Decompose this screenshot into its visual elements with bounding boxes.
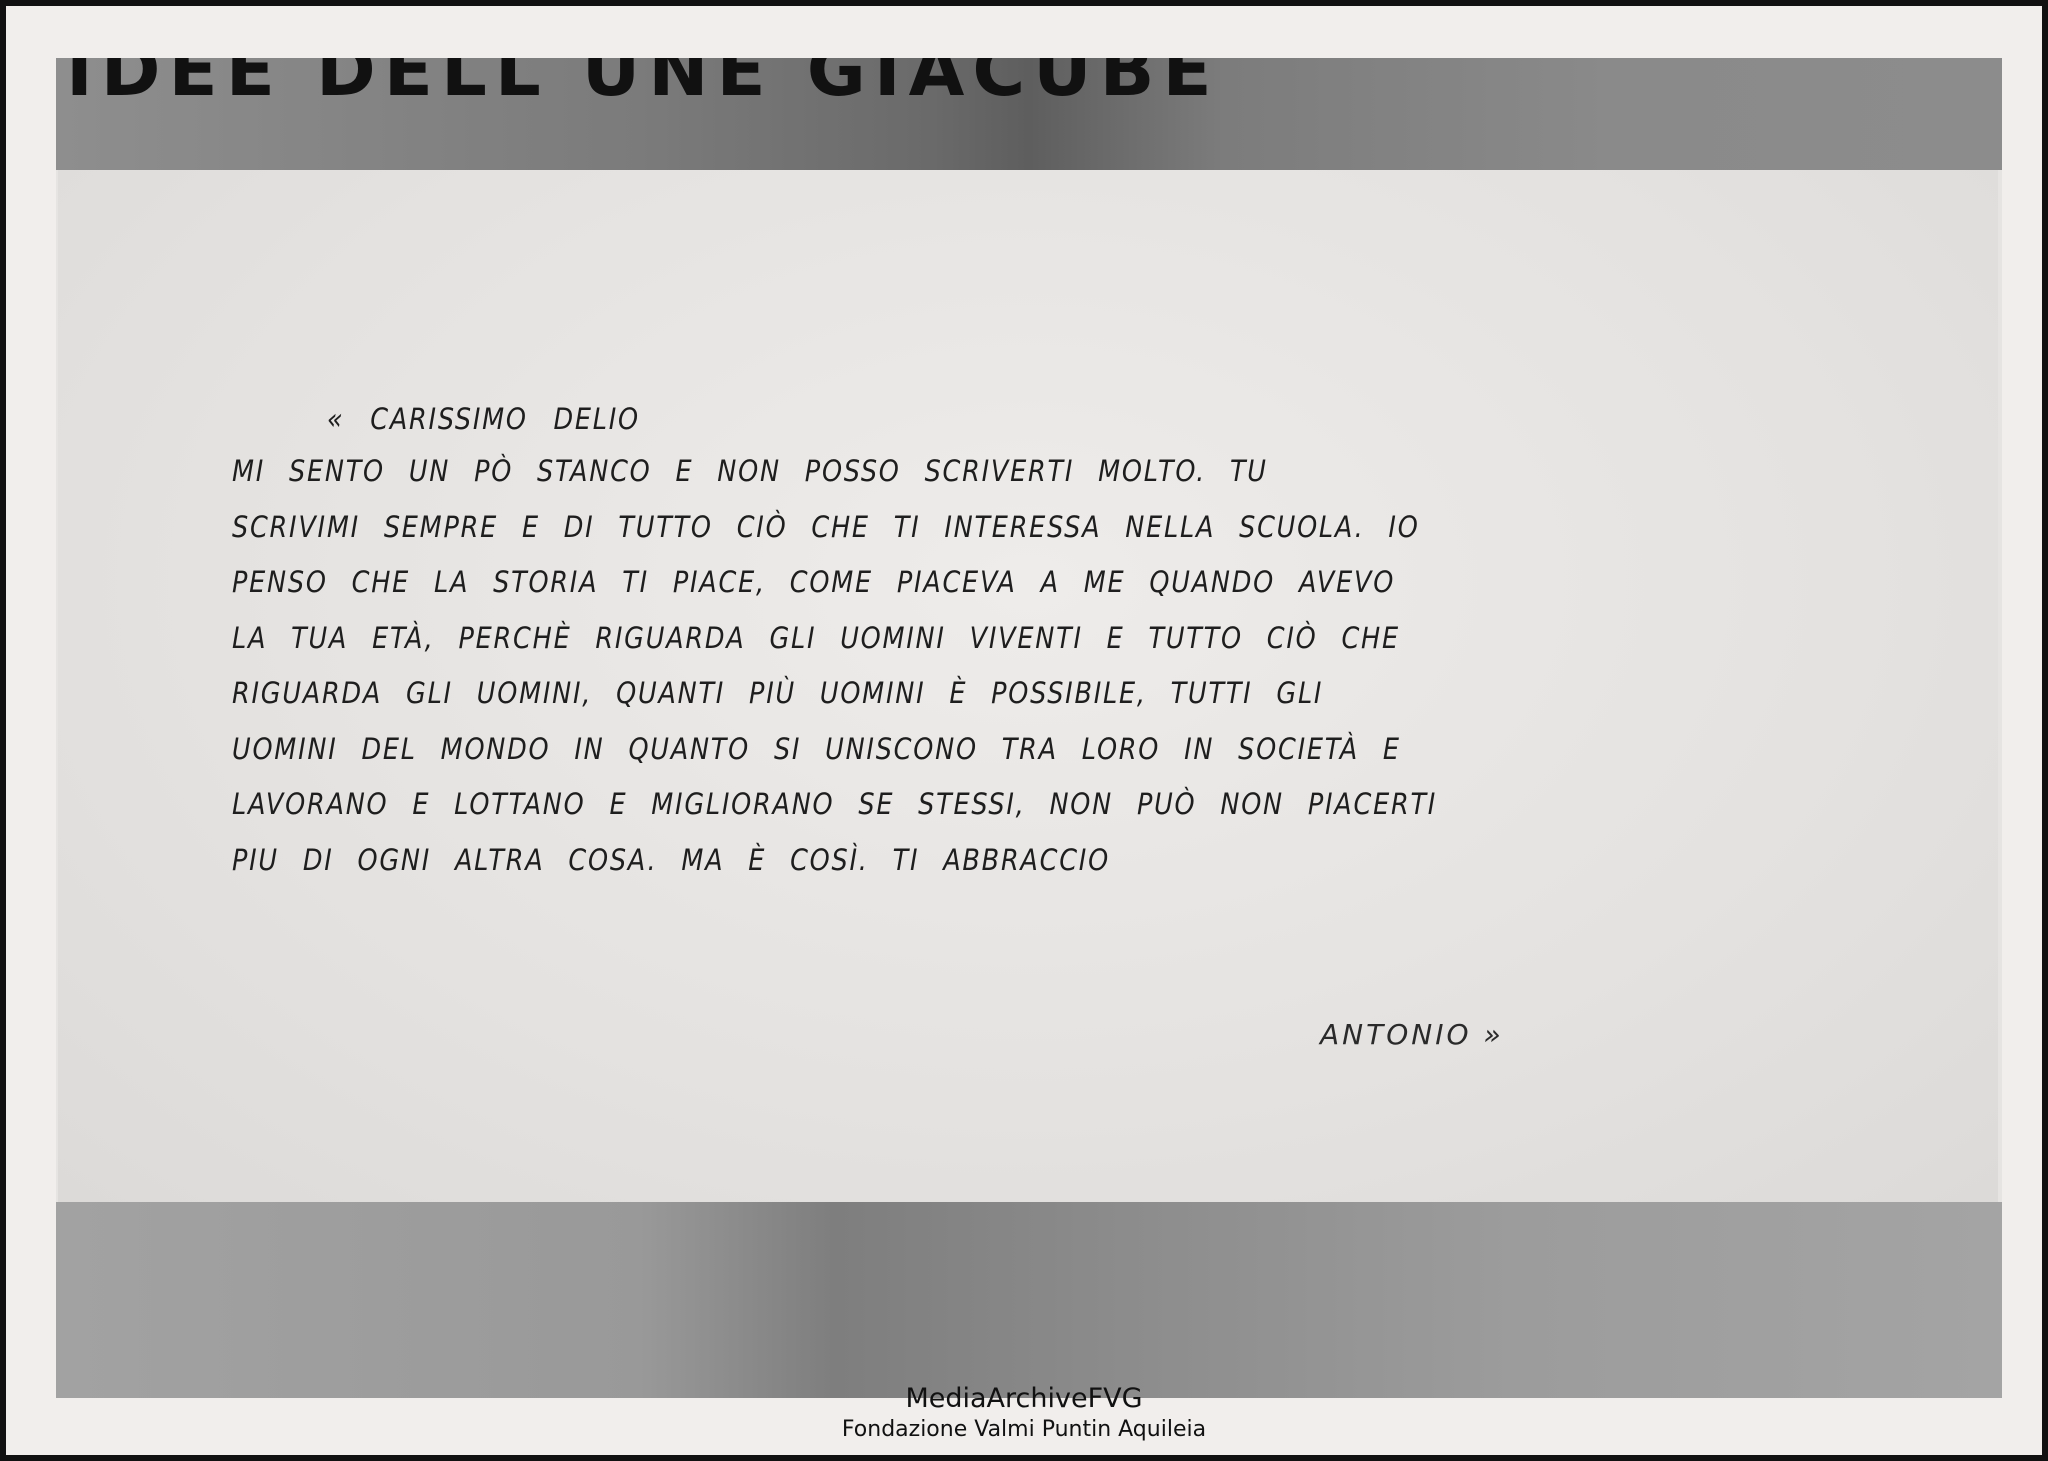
letter-greeting: « CARISSIMO DELIO [327, 394, 1437, 444]
archive-caption: MediaArchiveFVG Fondazione Valmi Puntin … [0, 1382, 2048, 1444]
letter-line: LA TUA ETÀ, PERCHÈ RIGUARDA GLI UOMINI V… [232, 611, 1437, 667]
cropped-headline: IDEE DELL UNE GIACUBE [66, 58, 1220, 112]
top-dark-band: IDEE DELL UNE GIACUBE [56, 58, 2002, 170]
letter-text: « CARISSIMO DELIO MI SENTO UN PÒ STANCO … [232, 394, 1437, 888]
archive-foundation: Fondazione Valmi Puntin Aquileia [0, 1416, 2048, 1444]
letter-line: LAVORANO E LOTTANO E MIGLIORANO SE STESS… [232, 777, 1437, 833]
letter-signature: ANTONIO » [1320, 1018, 1504, 1051]
letter-line: RIGUARDA GLI UOMINI, QUANTI PIÙ UOMINI È… [232, 666, 1437, 722]
letter-line: UOMINI DEL MONDO IN QUANTO SI UNISCONO T… [232, 722, 1437, 778]
letter-line: SCRIVIMI SEMPRE E DI TUTTO CIÒ CHE TI IN… [232, 500, 1437, 556]
bottom-dark-band [56, 1202, 2002, 1398]
letter-line: MI SENTO UN PÒ STANCO E NON POSSO SCRIVE… [232, 444, 1437, 500]
letter-line: PIU DI OGNI ALTRA COSA. MA È COSÌ. TI AB… [232, 833, 1437, 889]
letter-line: PENSO CHE LA STORIA TI PIACE, COME PIACE… [232, 555, 1437, 611]
photo-print: IDEE DELL UNE GIACUBE « CARISSIMO DELIO … [6, 6, 2042, 1455]
archive-name: MediaArchiveFVG [0, 1382, 2048, 1416]
